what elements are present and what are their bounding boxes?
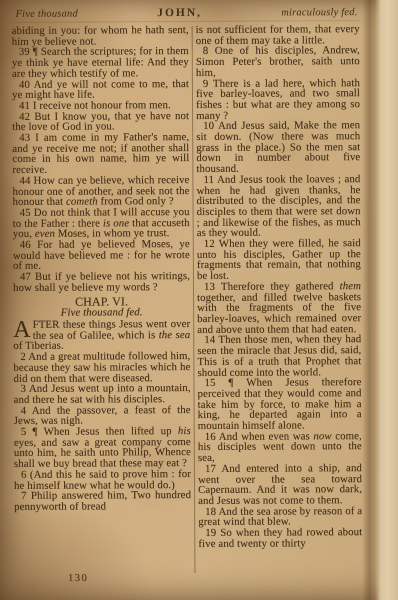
verse-paragraph: 17 And entered into a ship, and went ove… — [198, 463, 362, 507]
verse-number: 2 — [20, 351, 26, 363]
verse-number: 11 — [203, 174, 214, 186]
verse-paragraph: 45 Do not think that I will accuse you t… — [13, 207, 190, 240]
column-divider — [192, 26, 196, 573]
verse-paragraph: 46 For had ye believed Moses, ye would h… — [13, 239, 190, 272]
verse-number: 3 — [20, 383, 26, 395]
verse-paragraph: 19 So when they had rowed about five and… — [198, 527, 362, 549]
running-head-right: miraculously fed. — [281, 7, 357, 18]
verse-paragraph: 10 And Jesus said, Make the men sit down… — [196, 120, 360, 174]
verse-number: 44 — [19, 175, 30, 187]
verse-paragraph: 39 ¶ Search the scriptures; for in them … — [12, 46, 189, 79]
book-gutter-edge — [362, 0, 398, 600]
verse-number: 45 — [20, 207, 31, 219]
verse-number: 4 — [21, 404, 27, 416]
verse-number: 9 — [203, 77, 209, 89]
verse-paragraph: 3 And Jesus went up into a mountain, and… — [13, 383, 190, 405]
verse-number: 12 — [204, 238, 215, 250]
verse-paragraph: 16 And when even was now come, his disci… — [198, 431, 362, 464]
verse-number: 5 — [21, 426, 27, 438]
verse-paragraph: 7 Philip answered him, Two hundred penny… — [14, 490, 191, 512]
text-columns: abiding in you: for whom he hath sent, h… — [12, 24, 363, 574]
verse-number: 8 — [203, 45, 209, 57]
verse-paragraph: 5 ¶ When Jesus then lifted up his eyes, … — [14, 426, 191, 470]
column-left: abiding in you: for whom he hath sent, h… — [12, 25, 192, 574]
verse-paragraph: 12 When they were filled, he said unto h… — [197, 238, 361, 282]
verse-number: 16 — [205, 431, 216, 443]
verse-number: 10 — [203, 120, 214, 132]
verse-number: 18 — [205, 505, 216, 517]
verse-number: 40 — [19, 78, 30, 90]
verse-paragraph: 13 Therefore they gathered them together… — [197, 281, 361, 335]
verse-paragraph: 43 I am come in my Father's name, and ye… — [12, 132, 189, 176]
continuation-paragraph: abiding in you: for whom he hath sent, h… — [12, 25, 189, 47]
verse-number: 47 — [20, 271, 31, 283]
verse-number: 6 — [21, 469, 27, 481]
verse-paragraph: 42 But I know you, that ye have not the … — [12, 111, 189, 133]
verse-number: 14 — [204, 334, 215, 346]
verse-number: 17 — [205, 463, 216, 475]
column-right: is not sufficient for them, that every o… — [196, 24, 363, 573]
running-head-left: Five thousand — [16, 9, 78, 20]
verse-number: 7 — [21, 490, 27, 502]
verse-number: 46 — [20, 239, 31, 251]
verse-paragraph: 2 And a great multitude followed him, be… — [13, 351, 190, 384]
verse-paragraph: 8 One of his disciples, Andrew, Simon Pe… — [196, 45, 360, 78]
chapter-heading: CHAP. VI. — [13, 296, 190, 308]
verse-number: 39 — [19, 46, 30, 58]
verse-paragraph: 11 And Jesus took the loaves ; and when … — [196, 174, 360, 239]
page-number: 130 — [68, 573, 88, 584]
running-head: Five thousand JOHN, miraculously fed. — [12, 6, 360, 23]
verse-number: 43 — [19, 132, 30, 144]
running-head-book-title: JOHN, — [157, 7, 202, 19]
verse-paragraph: 15 ¶ When Jesus therefore perceived that… — [197, 377, 361, 431]
continuation-paragraph: is not sufficient for them, that every o… — [196, 24, 360, 46]
verse-paragraph: 4 And the passover, a feast of the Jews,… — [14, 405, 191, 427]
scanned-bible-page: Five thousand JOHN, miraculously fed. ab… — [0, 0, 398, 600]
verse-number: 19 — [205, 527, 216, 539]
verse-paragraph: 47 But if ye believe not his writings, h… — [13, 271, 190, 293]
drop-cap: A — [13, 320, 33, 339]
page-content: Five thousand JOHN, miraculously fed. ab… — [12, 6, 363, 574]
verse-number: 13 — [204, 281, 215, 293]
verse-number: 15 — [204, 377, 215, 389]
verse-number: 42 — [19, 110, 30, 122]
verse-paragraph: 40 And ye will not come to me, that ye m… — [12, 79, 189, 101]
verse-paragraph: 9 There is a lad here, which hath five b… — [196, 78, 360, 122]
verse-paragraph: 14 Then those men, when they had seen th… — [197, 334, 361, 378]
verse-paragraph: 44 How can ye believe, which receive hon… — [12, 175, 189, 208]
verse-paragraph: AFTER these things Jesus went over the s… — [13, 319, 190, 352]
verse-paragraph: 18 And the sea arose by reason of a grea… — [198, 506, 362, 528]
verse-paragraph: 6 (And this he said to prove him : for h… — [14, 469, 191, 491]
